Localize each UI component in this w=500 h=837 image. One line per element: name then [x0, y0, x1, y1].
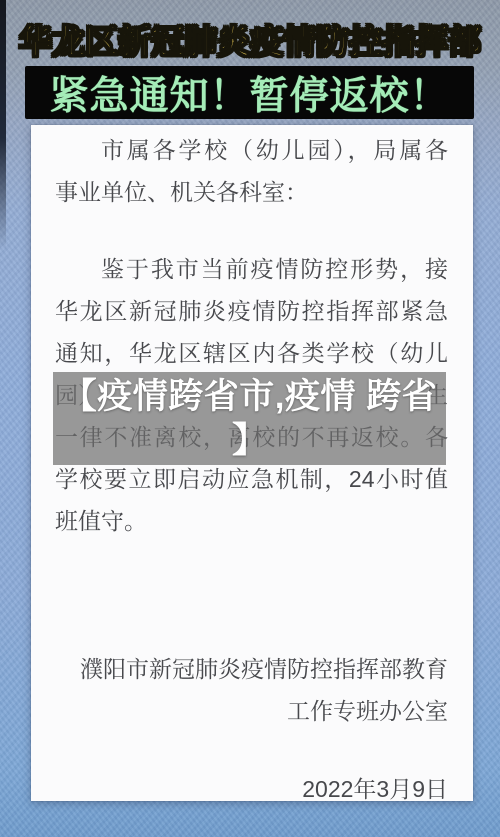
- urgent-notice-banner: 紧急通知！暂停返校！: [25, 66, 474, 119]
- salutation-line-2: 事业单位、机关各科室：: [55, 171, 448, 213]
- signature-line-2: 工作专班办公室: [55, 690, 448, 732]
- district-headquarters-title: 华龙区新冠肺炎疫情防控指挥部: [0, 16, 500, 63]
- body-line-7: 班值守。: [55, 500, 448, 542]
- notice-image: 华龙区新冠肺炎疫情防控指挥部 紧急通知！暂停返校！ 市属各学校（幼儿园），局属各…: [0, 0, 500, 837]
- watermark-overlay-band: 【疫情跨省市,疫情 跨省 】: [53, 372, 446, 465]
- body-line-3: 通知，华龙区辖区内各类学校（幼儿: [55, 332, 448, 374]
- body-line-2: 华龙区新冠肺炎疫情防控指挥部紧急: [55, 290, 448, 332]
- urgent-notice-banner-text: 紧急通知！暂停返校！: [49, 65, 449, 121]
- body-line-1: 鉴于我市当前疫情防控形势，接: [55, 248, 448, 290]
- signature-line-1: 濮阳市新冠肺炎疫情防控指挥部教育: [55, 648, 448, 690]
- salutation-line-1: 市属各学校（幼儿园），局属各: [55, 129, 448, 171]
- watermark-headline-line-1: 【疫情跨省市,疫情 跨省: [62, 373, 437, 421]
- watermark-headline-line-2: 】: [232, 421, 267, 461]
- notice-date: 2022年3月9日: [55, 768, 448, 801]
